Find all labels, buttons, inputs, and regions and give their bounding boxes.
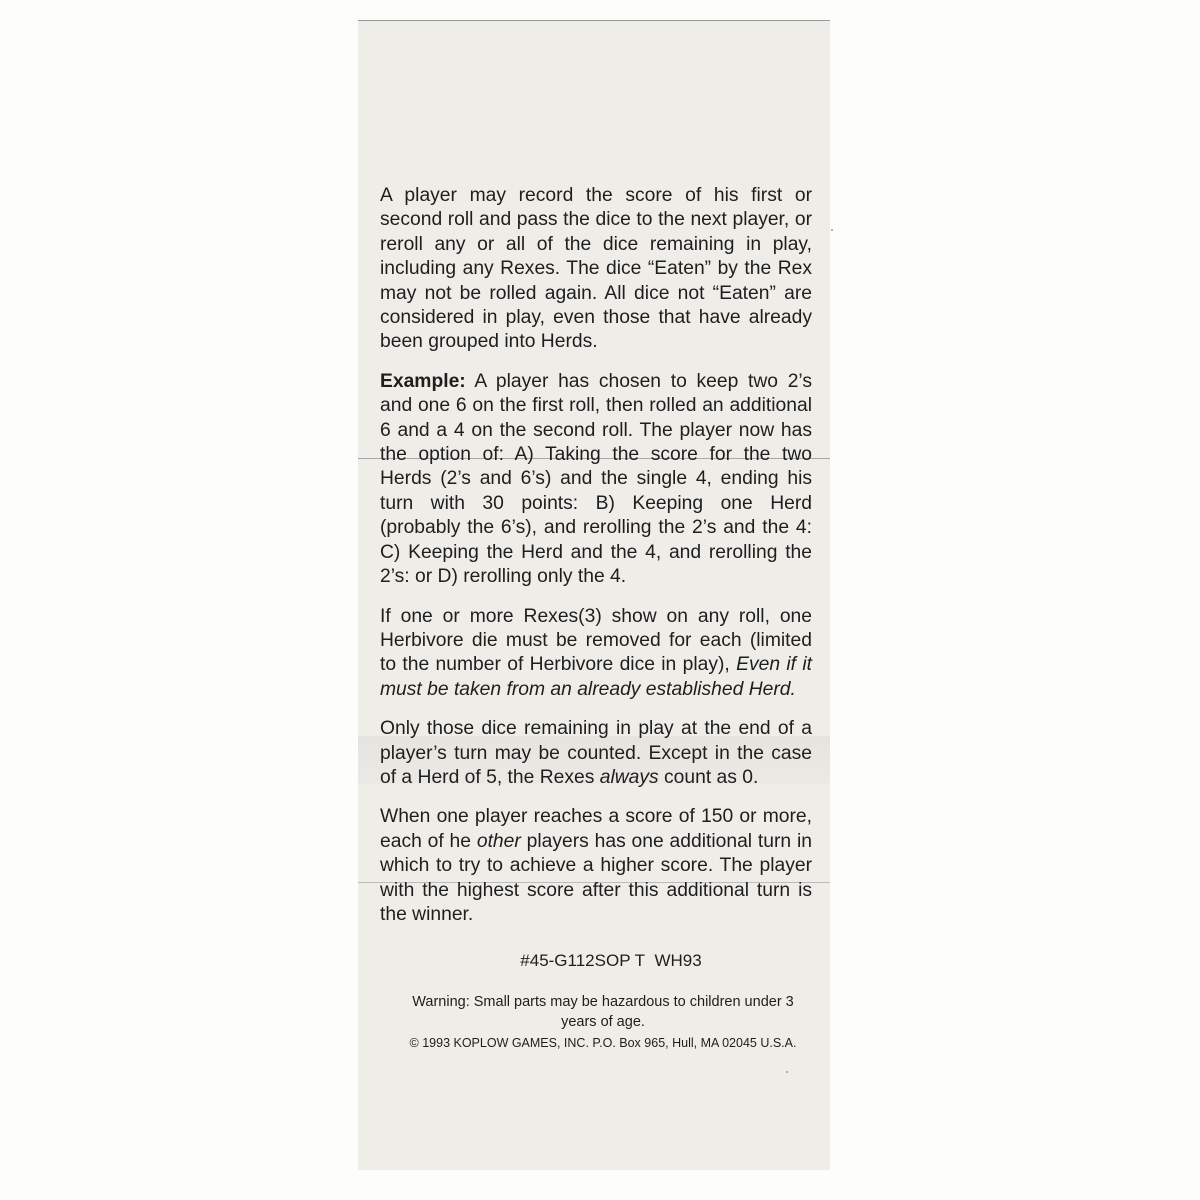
paragraph-example: Example: A player has chosen to keep two…: [380, 370, 812, 590]
product-code: #45-G112SOP T WH93: [380, 949, 812, 973]
emphasis-text: other: [477, 831, 521, 852]
paragraph-text: A player may record the score of his fir…: [380, 185, 812, 352]
paper-speck: [831, 229, 833, 231]
paper-speck: [786, 1071, 788, 1073]
paragraph-text: count as 0.: [659, 767, 759, 788]
paragraph-text: A player has chosen to keep two 2’s and …: [380, 371, 812, 587]
paragraph-counting-rule: Only those dice remaining in play at the…: [380, 717, 812, 790]
emphasis-text: always: [600, 767, 659, 788]
rules-sheet: A player may record the score of his fir…: [358, 20, 830, 1170]
copyright-notice: © 1993 KOPLOW GAMES, INC. P.O. Box 965, …: [380, 1034, 812, 1052]
paragraph-winning-rule: When one player reaches a score of 150 o…: [380, 805, 812, 927]
paragraph-rex-rule: If one or more Rexes(3) show on any roll…: [380, 605, 812, 703]
paragraph-reroll-rules: A player may record the score of his fir…: [380, 184, 812, 355]
example-label: Example:: [380, 371, 466, 392]
rules-text: A player may record the score of his fir…: [380, 184, 812, 1052]
safety-warning: Warning: Small parts may be hazardous to…: [380, 992, 812, 1032]
